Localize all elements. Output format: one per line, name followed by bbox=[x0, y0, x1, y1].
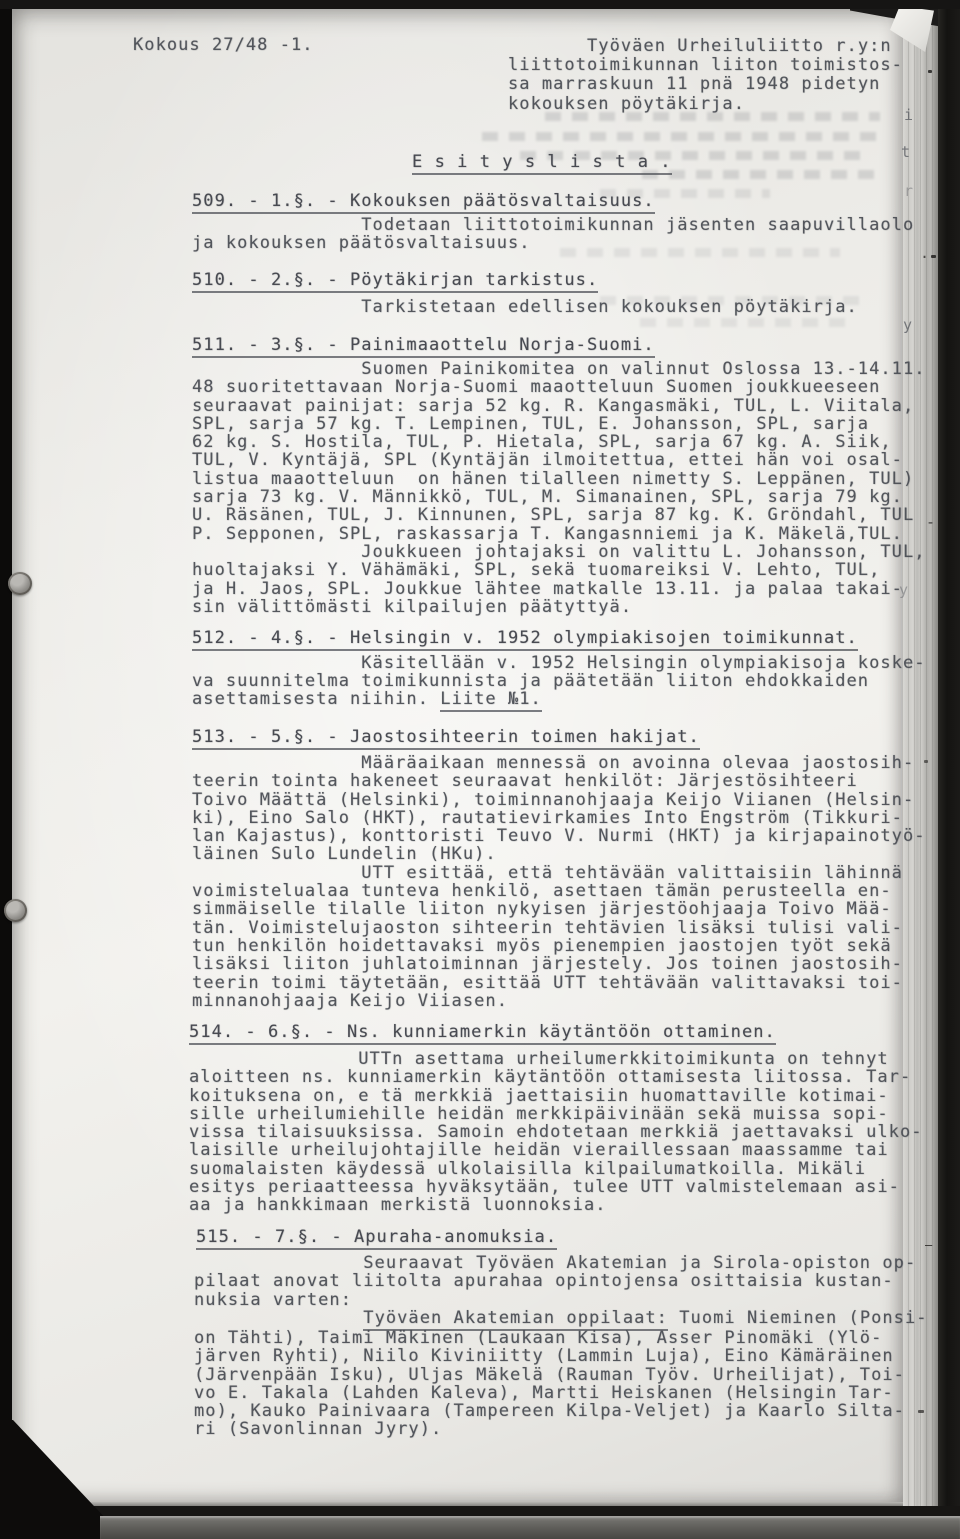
section-509-heading-text: 509. - 1.§. - Kokouksen päätösvaltaisuus… bbox=[192, 191, 655, 214]
punch-hole-bottom bbox=[4, 899, 27, 922]
section-515-body-rest: on Tähti), Taimi Mäkinen (Laukaan Kisa),… bbox=[194, 1329, 905, 1439]
binding-edge bbox=[0, 0, 12, 1539]
punch-hole-top bbox=[8, 572, 32, 595]
scanned-document-photo: Kokous 27/48 -1. Työväen Urheiluliitto r… bbox=[0, 0, 960, 1539]
section-515-list-line: Työväen Akatemian oppilaat: Tuomi Niemin… bbox=[194, 1309, 928, 1327]
student-list-first-rest: Tuomi Nieminen (Ponsi- bbox=[668, 1308, 928, 1328]
edge-glyph-fragment: y bbox=[903, 316, 912, 334]
attachment-reference: Liite №1. bbox=[440, 689, 542, 712]
edge-glyph-fragment: - bbox=[926, 513, 935, 531]
section-510-heading: 510. - 2.§. - Pöytäkirjan tarkistus. bbox=[192, 271, 598, 289]
section-512-tail-text: asettamisesta niihin. bbox=[192, 689, 440, 709]
doc-reference: Kokous 27/48 -1. bbox=[133, 36, 314, 54]
section-511-heading-text: 511. - 3.§. - Painimaaottelu Norja-Suomi… bbox=[192, 335, 655, 358]
section-510-body: Tarkistetaan edellisen kokouksen pöytäki… bbox=[192, 298, 858, 316]
edge-glyph-fragment: i bbox=[904, 106, 913, 124]
edge-glyph-fragment: — bbox=[925, 1238, 932, 1252]
edge-glyph-fragment: · bbox=[920, 248, 929, 266]
ghost-text-line bbox=[482, 132, 877, 141]
section-511-body: Suomen Painikomitea on valinnut Oslossa … bbox=[192, 360, 926, 616]
edge-glyph-fragment: r bbox=[904, 182, 913, 200]
section-515-heading-text: 515. - 7.§. - Apuraha-anomuksia. bbox=[196, 1227, 557, 1250]
edge-glyph-fragment: t bbox=[901, 143, 910, 161]
section-515-body-intro: Seuraavat Työväen Akatemian ja Sirola-op… bbox=[194, 1254, 916, 1309]
section-513-heading-text: 513. - 5.§. - Jaostosihteerin toimen hak… bbox=[192, 727, 700, 750]
ghost-text-line bbox=[640, 318, 855, 327]
section-512-body: Käsitellään v. 1952 Helsingin olympiakis… bbox=[192, 654, 926, 691]
section-513-body: Määräaikaan mennessä on avoinna olevaa j… bbox=[192, 754, 926, 1010]
table-surface-band bbox=[100, 1516, 960, 1539]
section-512-heading-text: 512. - 4.§. - Helsingin v. 1952 olympiak… bbox=[192, 628, 858, 651]
edge-glyph-fragment: y bbox=[899, 581, 908, 599]
section-512-body-lastline: asettamisesta niihin. Liite №1. bbox=[192, 690, 542, 708]
speck bbox=[924, 760, 928, 763]
section-513-heading: 513. - 5.§. - Jaostosihteerin toimen hak… bbox=[192, 728, 700, 746]
background-right bbox=[938, 0, 960, 1539]
background-top bbox=[0, 0, 960, 9]
agenda-title-text: E s i t y s l i s t a . bbox=[412, 152, 672, 175]
section-510-heading-text: 510. - 2.§. - Pöytäkirjan tarkistus. bbox=[192, 270, 598, 293]
list-indent bbox=[194, 1308, 363, 1328]
ghost-text-line bbox=[642, 170, 877, 179]
agenda-title: E s i t y s l i s t a . bbox=[412, 153, 672, 171]
speck bbox=[918, 1410, 924, 1413]
section-511-heading: 511. - 3.§. - Painimaaottelu Norja-Suomi… bbox=[192, 336, 655, 354]
section-509-heading: 509. - 1.§. - Kokouksen päätösvaltaisuus… bbox=[192, 192, 655, 210]
section-509-body: Todetaan liittotoimikunnan jäsenten saap… bbox=[192, 216, 914, 253]
section-514-body: UTTn asettama urheilumerkkitoimikunta on… bbox=[189, 1050, 923, 1215]
section-512-heading: 512. - 4.§. - Helsingin v. 1952 olympiak… bbox=[192, 629, 858, 647]
section-515-heading: 515. - 7.§. - Apuraha-anomuksia. bbox=[196, 1228, 557, 1246]
section-514-heading-text: 514. - 6.§. - Ns. kunniamerkin käytäntöö… bbox=[189, 1022, 776, 1045]
letterhead: Työväen Urheiluliitto r.y:n liittotoimik… bbox=[508, 37, 903, 114]
speck bbox=[931, 255, 936, 258]
section-514-heading: 514. - 6.§. - Ns. kunniamerkin käytäntöö… bbox=[189, 1023, 776, 1041]
speck bbox=[928, 70, 932, 73]
